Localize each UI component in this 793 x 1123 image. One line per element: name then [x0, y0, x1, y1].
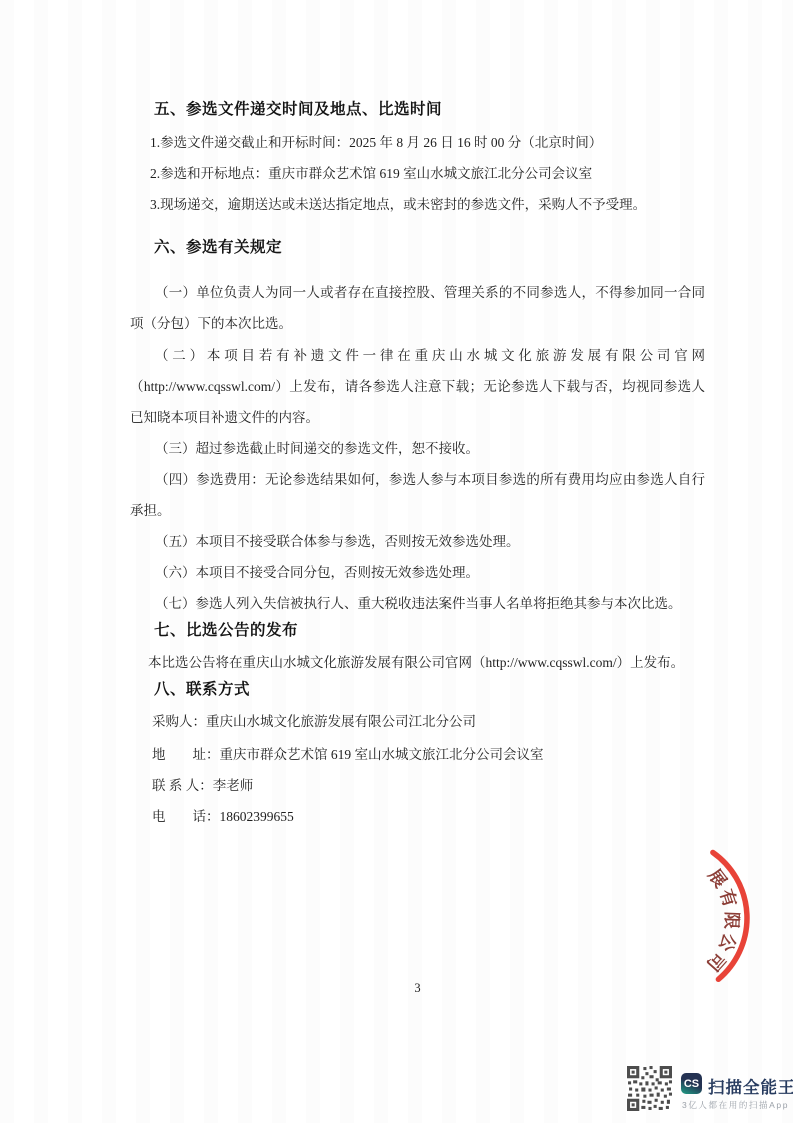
section-5-item-3: 3.现场递交，逾期送达或未送达指定地点，或未密封的参选文件，采购人不予受理。	[130, 189, 705, 220]
document-body: 五、参选文件递交时间及地点、比选时间 1.参选文件递交截止和开标时间：2025 …	[130, 0, 705, 832]
page-number: 3	[130, 981, 705, 996]
qr-code-icon	[627, 1066, 672, 1111]
camscanner-logo-icon: CS	[681, 1073, 702, 1094]
section-8-heading: 八、联系方式	[130, 680, 705, 700]
section-6-item-4: （四）参选费用：无论参选结果如何，参选人参与本项目参选的所有费用均应由参选人自行…	[130, 464, 705, 526]
seal-ring-arc	[713, 853, 747, 980]
scanner-app-tagline: 3亿人都在用的扫描App	[682, 1099, 789, 1111]
scanned-document-page: 五、参选文件递交时间及地点、比选时间 1.参选文件递交截止和开标时间：2025 …	[0, 0, 793, 1123]
cs-logo-text: CS	[684, 1078, 699, 1090]
section-5-heading: 五、参选文件递交时间及地点、比选时间	[130, 100, 705, 120]
scanner-watermark: CS 扫描全能王 3亿人都在用的扫描App	[626, 1063, 791, 1115]
section-6-heading: 六、参选有关规定	[130, 238, 705, 258]
section-6-item-6: （六）本项目不接受合同分包，否则按无效参选处理。	[130, 557, 705, 588]
contact-person: 联 系 人：李老师	[130, 770, 705, 801]
contact-phone: 电 话：18602399655	[130, 801, 705, 832]
section-6-item-2: （二）本项目若有补遗文件一律在重庆山水城文化旅游发展有限公司官网（http://…	[130, 340, 705, 433]
contact-address: 地 址：重庆市群众艺术馆 619 室山水城文旅江北分公司会议室	[130, 739, 705, 770]
section-5-item-2: 2.参选和开标地点：重庆市群众艺术馆 619 室山水城文旅江北分公司会议室	[130, 158, 705, 189]
section-7-heading: 七、比选公告的发布	[130, 621, 705, 641]
section-7-paragraph: 本比选公告将在重庆山水城文化旅游发展有限公司官网（http://www.cqss…	[130, 647, 705, 678]
contact-purchaser: 采购人：重庆山水城文化旅游发展有限公司江北分公司	[130, 706, 705, 737]
section-6-item-7: （七）参选人列入失信被执行人、重大税收违法案件当事人名单将拒绝其参与本次比选。	[130, 588, 705, 619]
section-6-item-3: （三）超过参选截止时间递交的参选文件，恕不接收。	[130, 433, 705, 464]
seal-text: 展有限公司	[701, 865, 742, 977]
section-5-item-1: 1.参选文件递交截止和开标时间：2025 年 8 月 26 日 16 时 00 …	[130, 127, 705, 158]
section-6-item-1: （一）单位负责人为同一人或者存在直接控股、管理关系的不同参选人，不得参加同一合同…	[130, 277, 705, 339]
section-6-item-5: （五）本项目不接受联合体参与参选，否则按无效参选处理。	[130, 526, 705, 557]
scanner-app-name: 扫描全能王	[708, 1074, 793, 1098]
